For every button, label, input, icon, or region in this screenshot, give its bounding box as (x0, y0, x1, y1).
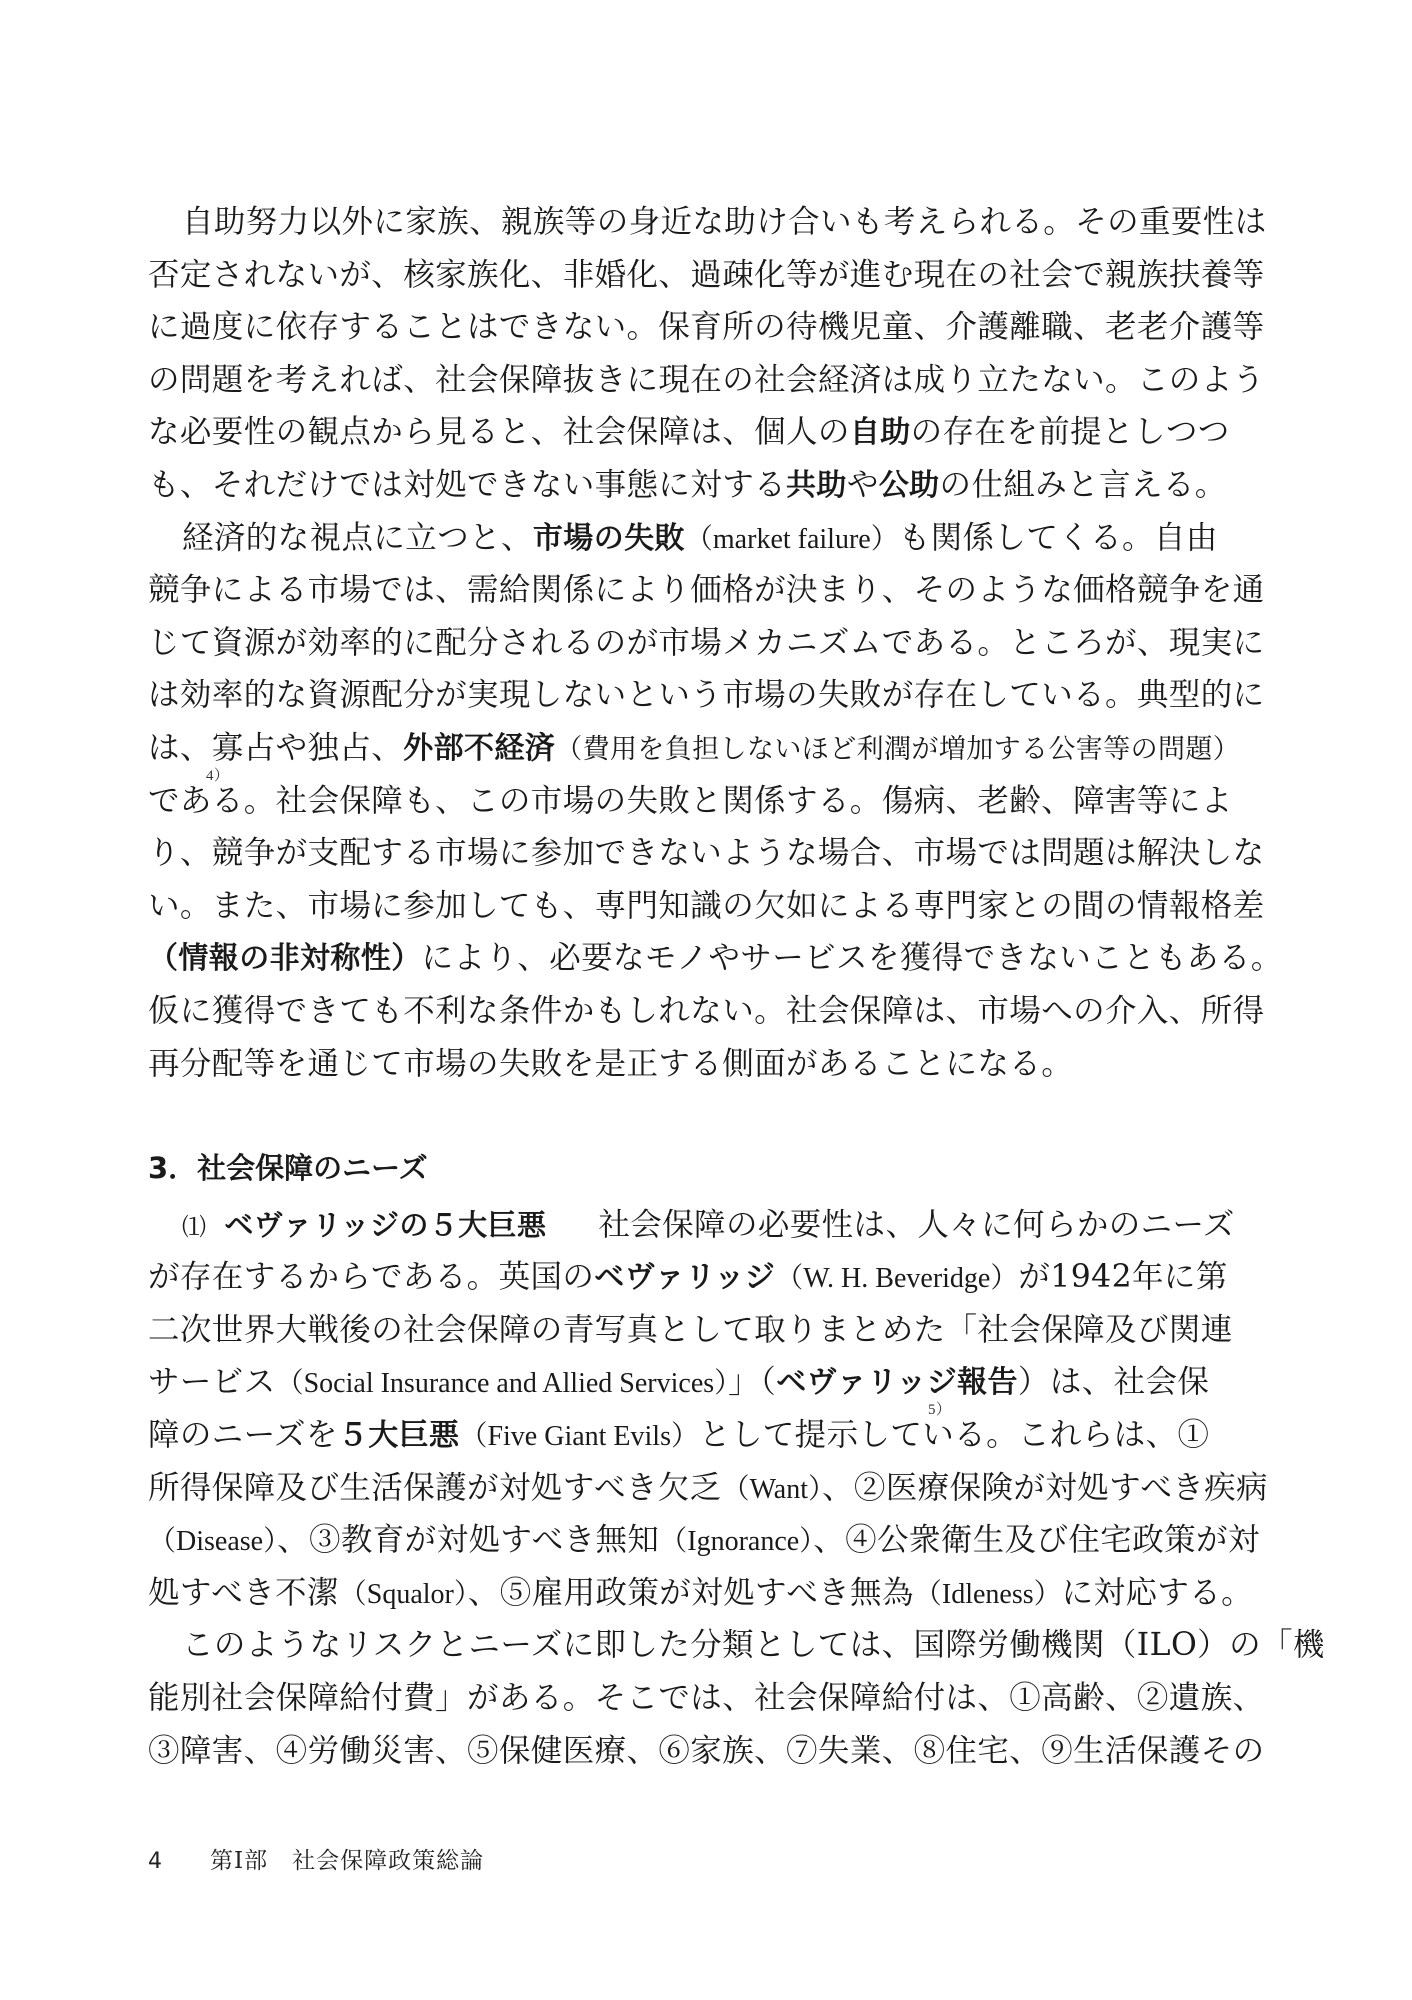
keyword-self-help: 自助 (850, 415, 911, 450)
text-line: ⑴ベヴァリッジの５大巨悪社会保障の必要性は、人々に何らかのニーズ (148, 1199, 1212, 1252)
subsection-number: ⑴ (182, 1213, 206, 1241)
text-span: や (847, 467, 879, 503)
english-term: （Want） (722, 1474, 822, 1505)
running-title: 第Ⅰ部 社会保障政策総論 (210, 1848, 484, 1874)
text-line: り、競争が支配する市場に参加できないような場合、市場では問題は解決しな (148, 827, 1212, 880)
text-span: の仕組みと言える。 (940, 467, 1227, 503)
english-term: （Idleness） (914, 1579, 1062, 1610)
parenthetical-note: （費用を負担しないほど利潤が増加する公害等の問題） (555, 734, 1240, 765)
text-span: 、③教育が対処すべき無知 (277, 1522, 659, 1558)
english-term: （market failure） (685, 524, 899, 555)
text-span: である (148, 783, 244, 819)
text-line: い。また、市場に参加しても、専門知識の欠如による専門家との間の情報格差 (148, 880, 1212, 933)
text-span: は、寡占や独占、 (148, 730, 403, 766)
text-span: 、④公衆衛生及び住宅政策が対 (813, 1522, 1260, 1558)
text-line: 否定されないが、核家族化、非婚化、過疎化等が進む現在の社会で親族扶養等 (148, 249, 1212, 302)
keyword-mutual-help: 共助 (786, 468, 847, 503)
text-line: の問題を考えれば、社会保障抜きに現在の社会経済は成り立たない。このよう (148, 354, 1212, 407)
text-line: 自助努力以外に家族、親族等の身近な助け合いも考えられる。その重要性は (148, 196, 1212, 249)
text-span: として提示している (699, 1417, 986, 1453)
keyword-information-asymmetry: （情報の非対称性） (148, 941, 422, 976)
text-line: 処すべき不潔（Squalor）、⑤雇用政策が対処すべき無為（Idleness）に… (148, 1567, 1212, 1620)
paragraph-mutual-aid: 自助努力以外に家族、親族等の身近な助け合いも考えられる。その重要性は 否定されな… (148, 196, 1212, 512)
text-line: 能別社会保障給付費」がある。そこでは、社会保障給付は、①高齢、②遺族、 (148, 1672, 1212, 1725)
section-heading: 3．社会保障のニーズ (148, 1142, 1212, 1195)
footnote-marker[interactable]: 5） (928, 1403, 951, 1418)
text-line: は効率的な資源配分が実現しないという市場の失敗が存在している。典型的に (148, 669, 1212, 722)
text-line: 再分配等を通じて市場の失敗を是正する側面があることになる。 (148, 1038, 1212, 1091)
text-line: じて資源が効率的に配分されるのが市場メカニズムである。ところが、現実に (148, 617, 1212, 670)
text-span: ）は、社会保 (1018, 1364, 1209, 1400)
keyword-five-giant-evils: ５大巨悪 (338, 1418, 460, 1453)
text-span: 、⑤雇用政策が対処すべき無為 (468, 1575, 914, 1611)
english-term: （W. H. Beveridge） (775, 1263, 1018, 1294)
text-span: が存在するからである。英国の (148, 1259, 594, 1295)
text-line: 仮に獲得できても不利な条件かもしれない。社会保障は、市場への介入、所得 (148, 985, 1212, 1038)
text-span: サービス (148, 1364, 276, 1400)
page-footer: 4第Ⅰ部 社会保障政策総論 (148, 1842, 484, 1875)
english-term: （Social Insurance and Allied Services） (276, 1368, 729, 1399)
english-term: （Disease） (148, 1526, 277, 1557)
page-body: 自助努力以外に家族、親族等の身近な助け合いも考えられる。その重要性は 否定されな… (148, 196, 1212, 1777)
text-span: も、それだけでは対処できない事態に対する (148, 467, 786, 503)
text-line: 二次世界大戦後の社会保障の青写真として取りまとめた「社会保障及び関連 (148, 1304, 1212, 1357)
section-social-security-needs: 3．社会保障のニーズ ⑴ベヴァリッジの５大巨悪社会保障の必要性は、人々に何らかの… (148, 1142, 1212, 1777)
keyword-public-help: 公助 (879, 468, 940, 503)
text-line: が存在するからである。英国のベヴァリッジ（W. H. Beveridge）が19… (148, 1251, 1212, 1304)
text-span: 処すべき不潔 (148, 1575, 339, 1611)
text-line: （情報の非対称性）により、必要なモノやサービスを獲得できないこともある。 (148, 932, 1212, 985)
text-span: に対応する。 (1062, 1575, 1253, 1611)
text-line: ③障害、④労働災害、⑤保健医療、⑥家族、⑦失業、⑧住宅、⑨生活保護その (148, 1725, 1212, 1778)
text-line: である4）。社会保障も、この市場の失敗と関係する。傷病、老齢、障害等によ (148, 775, 1212, 828)
text-line: 経済的な視点に立つと、市場の失敗（market failure）も関係してくる。… (148, 512, 1212, 565)
section-spacer (148, 1090, 1212, 1142)
subsection-title: ベヴァリッジの５大巨悪 (224, 1208, 546, 1242)
text-line: も、それだけでは対処できない事態に対する共助や公助の仕組みと言える。 (148, 459, 1212, 512)
keyword-market-failure: 市場の失敗 (533, 521, 685, 556)
text-span: 。社会保障も、この市場の失敗と関係する。傷病、老齢、障害等によ (244, 783, 1233, 819)
text-span: 。これらは、① (986, 1417, 1209, 1453)
text-line: 所得保障及び生活保護が対処すべき欠乏（Want）、②医療保険が対処すべき疾病 (148, 1462, 1212, 1515)
text-span: 、②医療保険が対処すべき疾病 (822, 1470, 1268, 1506)
footnote-marker[interactable]: 4） (206, 769, 229, 784)
text-span: 障のニーズを (148, 1417, 338, 1453)
text-line: このようなリスクとニーズに即した分類としては、国際労働機関（ILO）の「機 (148, 1619, 1212, 1672)
keyword-external-diseconomy: 外部不経済 (403, 731, 555, 766)
keyword-beveridge-report: ベヴァリッジ報告 (776, 1365, 1018, 1400)
text-span: も関係してくる。自由 (899, 520, 1218, 556)
text-span: の存在を前提としつつ (911, 414, 1230, 450)
text-line: 競争による市場では、需給関係により価格が決まり、そのような価格競争を通 (148, 564, 1212, 617)
text-line: な必要性の観点から見ると、社会保障は、個人の自助の存在を前提としつつ (148, 406, 1212, 459)
paragraph-market-failure: 経済的な視点に立つと、市場の失敗（market failure）も関係してくる。… (148, 512, 1212, 1091)
text-span: 経済的な視点に立つと、 (182, 520, 533, 556)
text-span: 所得保障及び生活保護が対処すべき欠乏 (148, 1470, 722, 1506)
text-span: により、必要なモノやサービスを獲得できないこともある。 (422, 940, 1283, 976)
english-term: （Squalor） (339, 1579, 468, 1610)
text-span: 社会保障の必要性は、人々に何らかのニーズ (598, 1207, 1234, 1243)
text-line: 障のニーズを５大巨悪（Five Giant Evils）として提示している5）。… (148, 1409, 1212, 1462)
keyword-beveridge: ベヴァリッジ (594, 1260, 775, 1295)
page-number: 4 (148, 1849, 210, 1874)
text-span: 」（ (728, 1364, 776, 1400)
text-span: な必要性の観点から見ると、社会保障は、個人の (148, 414, 850, 450)
text-span: が1942年に第 (1018, 1259, 1227, 1295)
text-line: は、寡占や独占、外部不経済（費用を負担しないほど利潤が増加する公害等の問題） (148, 722, 1212, 775)
text-line: （Disease）、③教育が対処すべき無知（Ignorance）、④公衆衛生及び… (148, 1514, 1212, 1567)
text-line: に過度に依存することはできない。保育所の待機児童、介護離職、老老介護等 (148, 301, 1212, 354)
english-term: （Five Giant Evils） (459, 1421, 699, 1452)
english-term: （Ignorance） (659, 1526, 813, 1557)
text-line: サービス（Social Insurance and Allied Service… (148, 1356, 1212, 1409)
